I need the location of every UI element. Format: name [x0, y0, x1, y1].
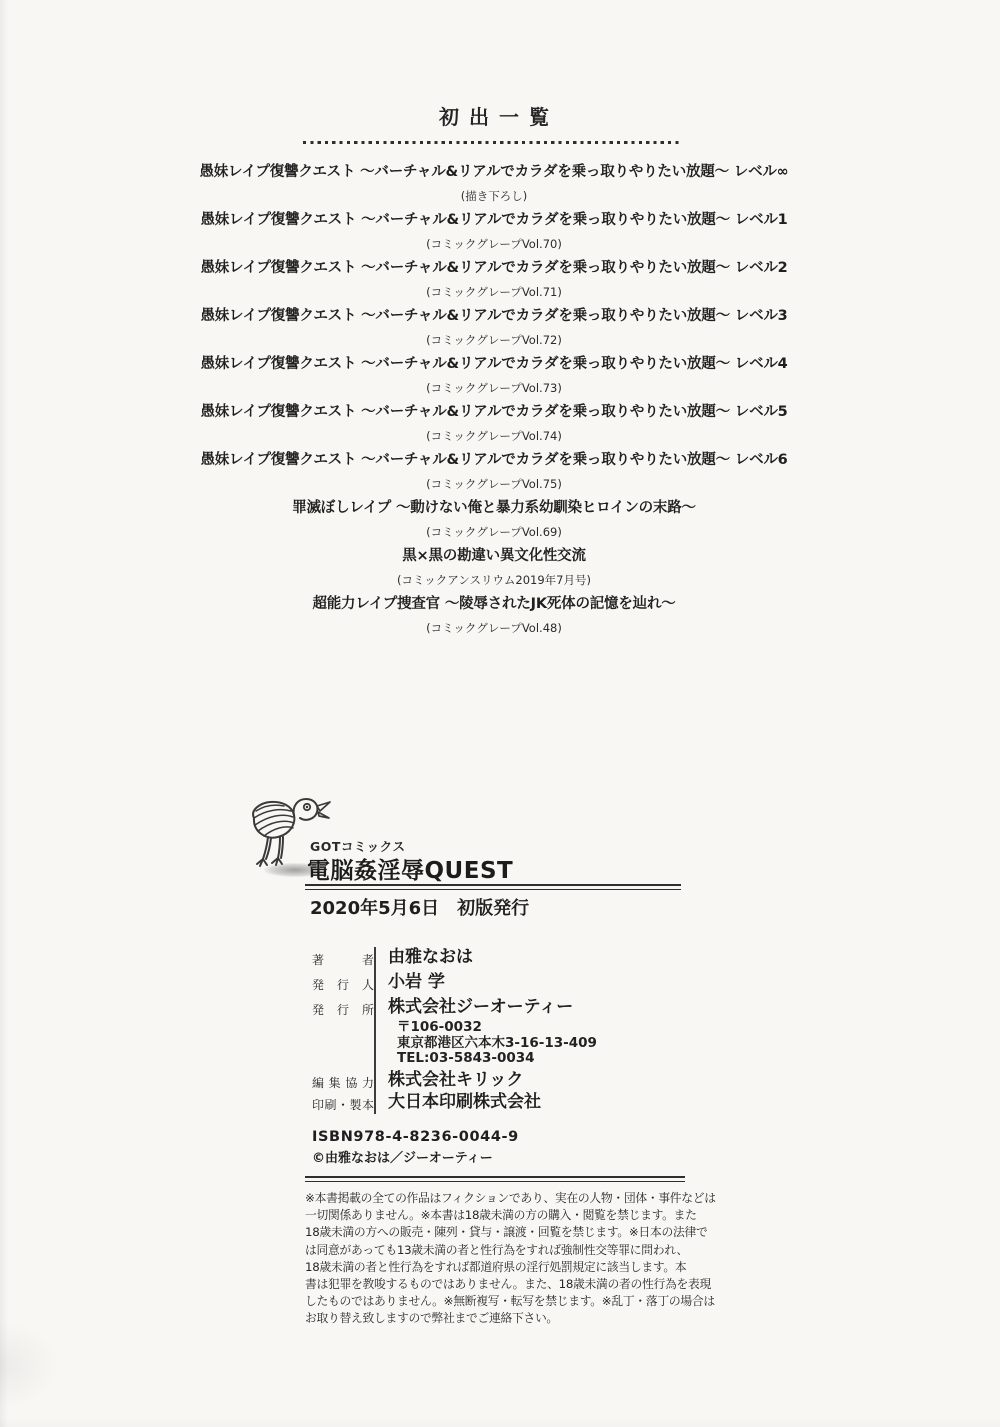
dotted-divider — [303, 141, 681, 144]
disclaimer-line: お取り替え致しますので弊社までご連絡下さい。 — [305, 1310, 689, 1327]
entry-source: (コミックグレープVol.73) — [0, 380, 988, 396]
first-publication-list: 愚妹レイプ復讐クエスト ～バーチャル&リアルでカラダを乗っ取りやりたい放題～ レ… — [0, 163, 988, 643]
credit-row-publisher-person: 発 行 人 小岩 学 — [312, 971, 445, 993]
entry-source: (コミックグレープVol.75) — [0, 476, 988, 492]
credit-value: 小岩 学 — [388, 971, 445, 993]
credit-value: 大日本印刷株式会社 — [388, 1091, 541, 1113]
credit-row-editing: 編集協力 株式会社キリック — [312, 1069, 523, 1091]
publication-entry: 黒×黒の勘違い異文化性交流 (コミックアンスリウム2019年7月号) — [0, 547, 988, 588]
disclaimer-line: は同意があっても13歳未満の者と性行為をすれば強制性交等罪に問われ、 — [305, 1242, 689, 1259]
entry-title: 黒×黒の勘違い異文化性交流 — [0, 547, 988, 566]
isbn: ISBN978-4-8236-0044-9 — [312, 1129, 519, 1145]
entry-title: 愚妹レイプ復讐クエスト ～バーチャル&リアルでカラダを乗っ取りやりたい放題～ レ… — [0, 451, 988, 470]
publication-entry: 愚妹レイプ復讐クエスト ～バーチャル&リアルでカラダを乗っ取りやりたい放題～ レ… — [0, 355, 988, 396]
credit-label: 印刷・製本 — [312, 1091, 374, 1113]
entry-title: 愚妹レイプ復讐クエスト ～バーチャル&リアルでカラダを乗っ取りやりたい放題～ レ… — [0, 211, 988, 230]
entry-title: 愚妹レイプ復讐クエスト ～バーチャル&リアルでカラダを乗っ取りやりたい放題～ レ… — [0, 307, 988, 326]
publication-entry: 愚妹レイプ復讐クエスト ～バーチャル&リアルでカラダを乗っ取りやりたい放題～ レ… — [0, 259, 988, 300]
disclaimer-line: 書は犯罪を教唆するものではありません。また、18歳未満の者の性行為を表現 — [305, 1276, 689, 1293]
publication-entry: 愚妹レイプ復讐クエスト ～バーチャル&リアルでカラダを乗っ取りやりたい放題～ レ… — [0, 307, 988, 348]
publisher-address: 〒106-0032 東京都港区六本木3-16-13-409 TEL:03-584… — [397, 1020, 597, 1067]
title-underline — [305, 884, 681, 890]
entry-source: (コミックグレープVol.74) — [0, 428, 988, 444]
credit-value: 株式会社キリック — [388, 1069, 523, 1091]
disclaimer-paragraph: ※本書掲載の全ての作品はフィクションであり、実在の人物・団体・事件などは 一切関… — [305, 1190, 689, 1328]
entry-source: (コミックグレープVol.48) — [0, 620, 988, 636]
publication-entry: 罪滅ぼしレイプ ～動けない俺と暴力系幼馴染ヒロインの末路～ (コミックグレープV… — [0, 499, 988, 540]
entry-title: 罪滅ぼしレイプ ～動けない俺と暴力系幼馴染ヒロインの末路～ — [0, 499, 988, 518]
publication-entry: 超能力レイプ捜査官 ～陵辱されたJK死体の記憶を辿れ～ (コミックグレープVol… — [0, 595, 988, 636]
disclaimer-line: 18歳未満の方への販売・陳列・貸与・譲渡・回覧を禁じます。※日本の法律で — [305, 1224, 689, 1241]
entry-title: 愚妹レイプ復讐クエスト ～バーチャル&リアルでカラダを乗っ取りやりたい放題～ レ… — [0, 355, 988, 374]
copyright-line: ©由雅なおは／ジーオーティー — [312, 1147, 493, 1166]
disclaimer-line: ※本書掲載の全ての作品はフィクションであり、実在の人物・団体・事件などは — [305, 1190, 689, 1207]
entry-title: 愚妹レイプ復讐クエスト ～バーチャル&リアルでカラダを乗っ取りやりたい放題～ レ… — [0, 259, 988, 278]
entry-title: 超能力レイプ捜査官 ～陵辱されたJK死体の記憶を辿れ～ — [0, 595, 988, 614]
entry-title: 愚妹レイプ復讐クエスト ～バーチャル&リアルでカラダを乗っ取りやりたい放題～ レ… — [0, 403, 988, 422]
edition-date: 2020年5月6日 初版発行 — [310, 894, 529, 920]
credit-row-author: 著 者 由雅なおは — [312, 946, 473, 968]
entry-source: (描き下ろし) — [0, 188, 988, 204]
credit-label: 著 者 — [312, 946, 374, 968]
credit-value: 由雅なおは — [388, 946, 473, 968]
publication-entry: 愚妹レイプ復讐クエスト ～バーチャル&リアルでカラダを乗っ取りやりたい放題～ レ… — [0, 451, 988, 492]
postal-code: 〒106-0032 — [397, 1020, 597, 1036]
book-title: 電脳姦淫辱QUEST — [307, 852, 513, 885]
credit-value: 株式会社ジーオーティー — [388, 996, 573, 1018]
disclaimer-line: 18歳未満の者と性行為をすれば都道府県の淫行処罰規定に該当します。本 — [305, 1259, 689, 1276]
entry-source: (コミックグレープVol.71) — [0, 284, 988, 300]
entry-source: (コミックグレープVol.70) — [0, 236, 988, 252]
entry-source: (コミックアンスリウム2019年7月号) — [0, 572, 988, 588]
credit-row-publishing-office: 発 行 所 株式会社ジーオーティー — [312, 996, 573, 1018]
credit-label: 編集協力 — [312, 1069, 374, 1091]
entry-source: (コミックグレープVol.72) — [0, 332, 988, 348]
scanned-page: 初出一覧 愚妹レイプ復讐クエスト ～バーチャル&リアルでカラダを乗っ取りやりたい… — [0, 0, 1000, 1427]
credit-row-printing: 印刷・製本 大日本印刷株式会社 — [312, 1091, 541, 1113]
first-publication-heading: 初出一覧 — [0, 104, 988, 130]
disclaimer-divider — [305, 1176, 685, 1182]
disclaimer-line: 一切関係ありません。※本書は18歳未満の方の購入・閲覧を禁じます。また — [305, 1207, 689, 1224]
entry-source: (コミックグレープVol.69) — [0, 524, 988, 540]
credit-label: 発 行 人 — [312, 971, 374, 993]
publication-entry: 愚妹レイプ復讐クエスト ～バーチャル&リアルでカラダを乗っ取りやりたい放題～ レ… — [0, 163, 988, 204]
credit-label: 発 行 所 — [312, 996, 374, 1018]
publication-entry: 愚妹レイプ復讐クエスト ～バーチャル&リアルでカラダを乗っ取りやりたい放題～ レ… — [0, 211, 988, 252]
entry-title: 愚妹レイプ復讐クエスト ～バーチャル&リアルでカラダを乗っ取りやりたい放題～ レ… — [0, 163, 988, 182]
publication-entry: 愚妹レイプ復讐クエスト ～バーチャル&リアルでカラダを乗っ取りやりたい放題～ レ… — [0, 403, 988, 444]
street-address: 東京都港区六本木3-16-13-409 — [397, 1036, 597, 1052]
telephone: TEL:03-5843-0034 — [397, 1051, 597, 1067]
disclaimer-line: したものではありません。※無断複写・転写を禁じます。※乱丁・落丁の場合は — [305, 1293, 689, 1310]
